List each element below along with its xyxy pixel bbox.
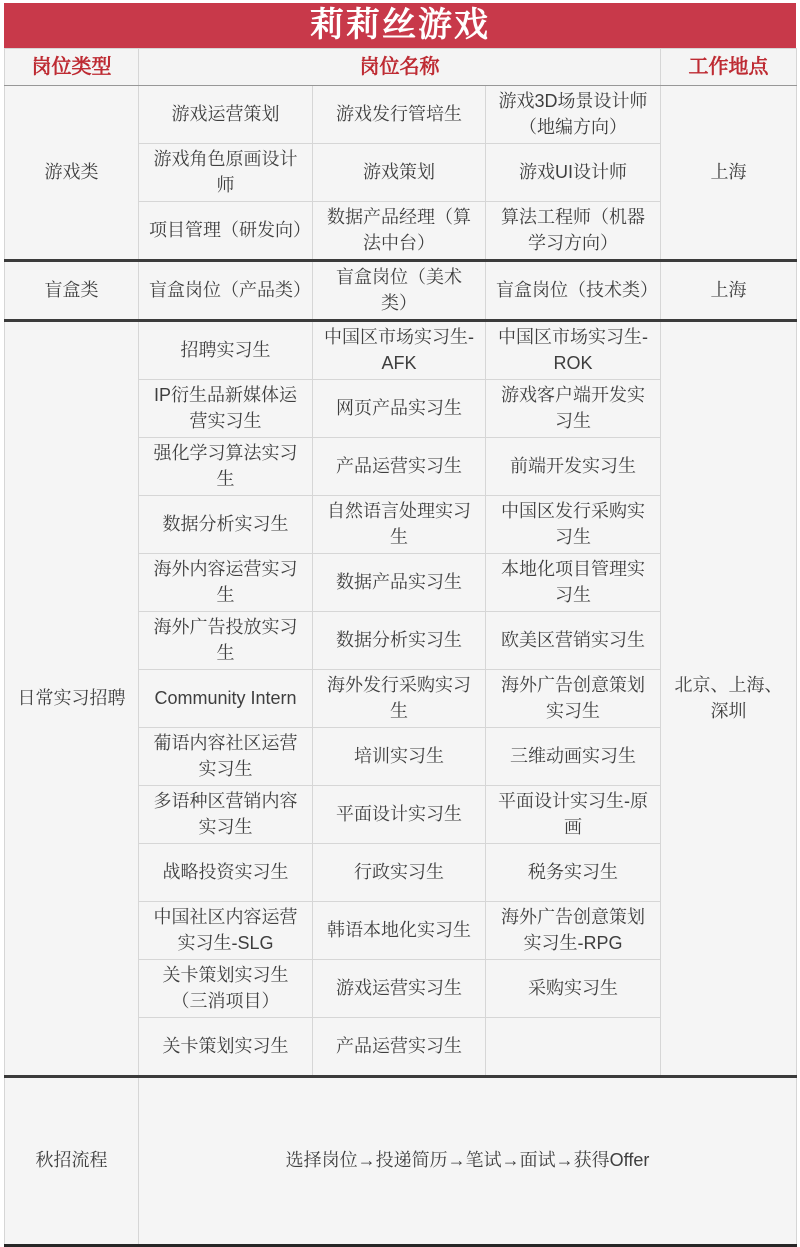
job-cell: 平面设计实习生-原画 — [486, 786, 661, 844]
job-cell: 三维动画实习生 — [486, 728, 661, 786]
job-cell: 税务实习生 — [486, 844, 661, 902]
job-cell: Community Intern — [139, 670, 313, 728]
location-cell-intern: 北京、上海、深圳 — [661, 321, 797, 1077]
header-cell-type: 岗位类型 — [5, 49, 139, 86]
job-cell: 网页产品实习生 — [313, 380, 486, 438]
job-cell: 海外发行采购实习生 — [313, 670, 486, 728]
job-cell: 游戏发行管培生 — [313, 86, 486, 144]
table-row: 游戏类 游戏运营策划 游戏发行管培生 游戏3D场景设计师（地编方向） 上海 — [5, 86, 797, 144]
location-cell-blindbox: 上海 — [661, 261, 797, 321]
job-cell: 游戏策划 — [313, 144, 486, 202]
job-cell: 中国区市场实习生-AFK — [313, 321, 486, 380]
job-cell: 招聘实习生 — [139, 321, 313, 380]
table-row: 日常实习招聘 招聘实习生 中国区市场实习生-AFK 中国区市场实习生-ROK 北… — [5, 321, 797, 380]
job-cell: 自然语言处理实习生 — [313, 496, 486, 554]
jobs-table: 岗位类型 岗位名称 工作地点 游戏类 游戏运营策划 游戏发行管培生 游戏3D场景… — [4, 48, 797, 1247]
job-cell: 葡语内容社区运营实习生 — [139, 728, 313, 786]
job-cell: 中国区市场实习生-ROK — [486, 321, 661, 380]
job-cell: 游戏UI设计师 — [486, 144, 661, 202]
job-cell: 多语种区营销内容实习生 — [139, 786, 313, 844]
job-cell: 游戏运营策划 — [139, 86, 313, 144]
job-cell: 本地化项目管理实习生 — [486, 554, 661, 612]
job-cell: 盲盒岗位（美术类） — [313, 261, 486, 321]
job-cell: 行政实习生 — [313, 844, 486, 902]
job-cell: 产品运营实习生 — [313, 438, 486, 496]
job-cell: 关卡策划实习生 — [139, 1018, 313, 1077]
job-cell: 数据产品实习生 — [313, 554, 486, 612]
table-row: 秋招流程 选择岗位→投递简历→笔试→面试→获得Offer — [5, 1077, 797, 1246]
header-cell-location: 工作地点 — [661, 49, 797, 86]
header-cell-name: 岗位名称 — [139, 49, 661, 86]
job-cell: 韩语本地化实习生 — [313, 902, 486, 960]
job-cell: IP衍生品新媒体运营实习生 — [139, 380, 313, 438]
job-cell: 强化学习算法实习生 — [139, 438, 313, 496]
job-cell: 游戏3D场景设计师（地编方向） — [486, 86, 661, 144]
recruitment-process-cell: 选择岗位→投递简历→笔试→面试→获得Offer — [139, 1077, 797, 1246]
job-cell: 欧美区营销实习生 — [486, 612, 661, 670]
job-cell: 游戏客户端开发实习生 — [486, 380, 661, 438]
job-cell: 培训实习生 — [313, 728, 486, 786]
page: 莉莉丝游戏 岗位类型 岗位名称 工作地点 游戏类 游戏运营策划 游戏发行管培生 … — [0, 0, 800, 1241]
job-cell: 采购实习生 — [486, 960, 661, 1018]
job-cell: 数据分析实习生 — [139, 496, 313, 554]
job-cell: 算法工程师（机器学习方向） — [486, 202, 661, 261]
job-cell: 中国区发行采购实习生 — [486, 496, 661, 554]
job-cell: 项目管理（研发向） — [139, 202, 313, 261]
job-cell: 盲盒岗位（技术类） — [486, 261, 661, 321]
header-row: 岗位类型 岗位名称 工作地点 — [5, 49, 797, 86]
job-cell: 中国社区内容运营实习生-SLG — [139, 902, 313, 960]
category-cell-games: 游戏类 — [5, 86, 139, 261]
category-cell-blindbox: 盲盒类 — [5, 261, 139, 321]
company-banner: 莉莉丝游戏 — [4, 3, 796, 48]
location-cell-games: 上海 — [661, 86, 797, 261]
job-cell: 海外广告创意策划实习生 — [486, 670, 661, 728]
job-cell: 数据产品经理（算法中台） — [313, 202, 486, 261]
job-cell — [486, 1018, 661, 1077]
job-cell: 游戏运营实习生 — [313, 960, 486, 1018]
job-cell: 产品运营实习生 — [313, 1018, 486, 1077]
job-cell: 前端开发实习生 — [486, 438, 661, 496]
job-cell: 关卡策划实习生（三消项目） — [139, 960, 313, 1018]
job-cell: 游戏角色原画设计师 — [139, 144, 313, 202]
job-cell: 海外广告创意策划实习生-RPG — [486, 902, 661, 960]
job-cell: 数据分析实习生 — [313, 612, 486, 670]
job-cell: 海外广告投放实习生 — [139, 612, 313, 670]
job-cell: 盲盒岗位（产品类） — [139, 261, 313, 321]
category-cell-autumn-process: 秋招流程 — [5, 1077, 139, 1246]
table-row: 盲盒类 盲盒岗位（产品类） 盲盒岗位（美术类） 盲盒岗位（技术类） 上海 — [5, 261, 797, 321]
job-cell: 战略投资实习生 — [139, 844, 313, 902]
job-cell: 海外内容运营实习生 — [139, 554, 313, 612]
company-title: 莉莉丝游戏 — [310, 7, 490, 44]
job-cell: 平面设计实习生 — [313, 786, 486, 844]
category-cell-intern: 日常实习招聘 — [5, 321, 139, 1077]
